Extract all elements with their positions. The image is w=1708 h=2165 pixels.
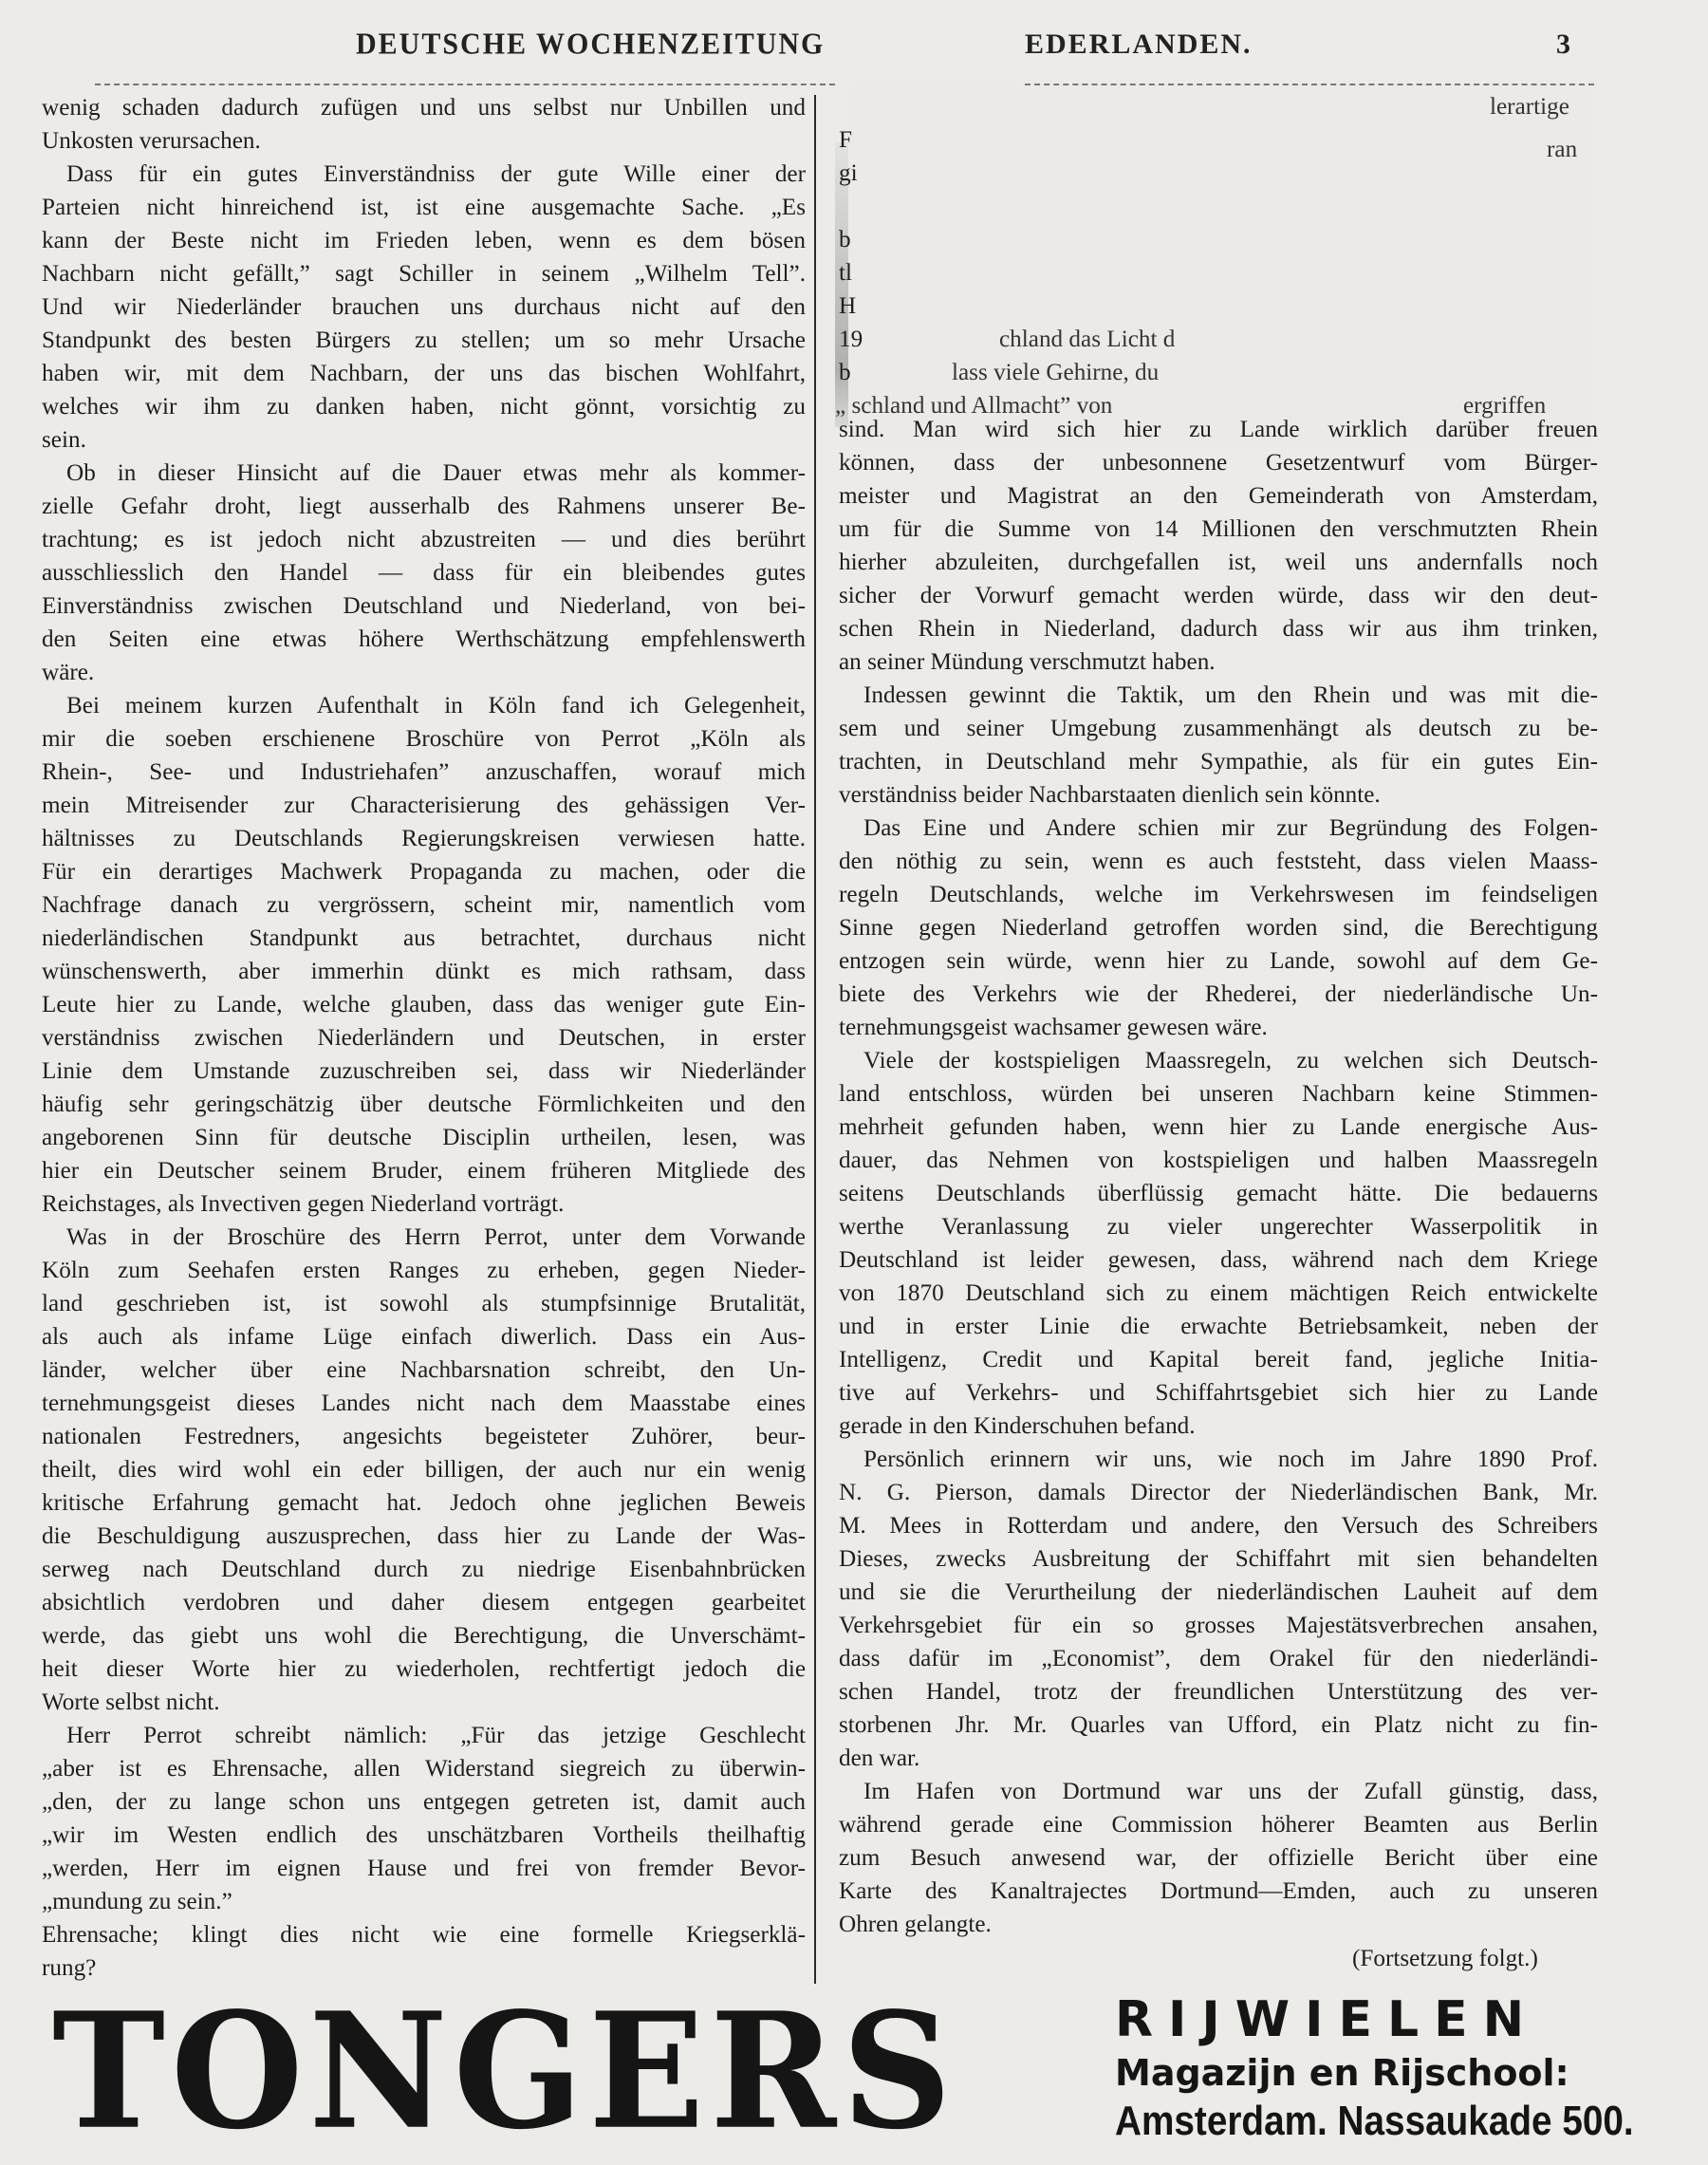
ad-subheadline: Magazijn en Rijschool: [1115,2052,1569,2094]
text-line: werde, das giebt uns wohl die Berechtigu… [42,1619,806,1652]
page-number: 3 [1556,28,1570,61]
text-line: und in erster Linie die erwachte Betrieb… [839,1310,1598,1343]
edge-letter: H [839,289,856,323]
masthead-title-left: DEUTSCHE WOCHENZEITUNG [356,28,825,62]
text-line: hier ein Deutscher seinem Bruder, einem … [42,1154,806,1187]
text-line: kann der Beste nicht im Frieden leben, w… [42,224,806,257]
text-line: wenig schaden dadurch zufügen und uns se… [42,91,806,124]
text-line: Was in der Broschüre des Herrn Perrot, u… [42,1221,806,1254]
text-line: M. Mees in Rotterdam und andere, den Ver… [839,1509,1598,1542]
text-line: schen Handel, trotz der freundlichen Unt… [839,1675,1598,1708]
newspaper-page: DEUTSCHE WOCHENZEITUNG EDERLANDEN. 3 wen… [0,0,1708,2165]
text-line: an seiner Mündung verschmutzt haben. [839,645,1598,679]
text-line: Das Eine und Andere schien mir zur Begrü… [839,812,1598,845]
text-line: nationalen Festredners, angesichts begei… [42,1420,806,1453]
text-line: Dass für ein gutes Einverständniss der g… [42,158,806,191]
text-line: Ob in dieser Hinsicht auf die Dauer etwa… [42,457,806,490]
text-line: ternehmungsgeist dieses Landes nicht nac… [42,1387,806,1420]
text-line: um für die Summe von 14 Millionen den ve… [839,513,1598,546]
edge-letter: F [839,123,852,157]
text-line: „wir im Westen endlich des unschätzbaren… [42,1819,806,1852]
text-line: sicher der Vorwurf gemacht werden würde,… [839,579,1598,612]
text-line: mir die soeben erschienene Broschüre von… [42,722,806,756]
edge-letter: tl [839,256,852,289]
text-line: mein Mitreisender zur Characterisierung … [42,789,806,822]
text-line: entzogen sein würde, wenn hier zu Lande,… [839,944,1598,978]
text-line: den war. [839,1742,1598,1775]
text-line: während gerade eine Commission höherer B… [839,1808,1598,1841]
text-line: gerade in den Kinderschuhen befand. [839,1409,1598,1443]
text-line: Verkehrsgebiet für ein so grosses Majest… [839,1609,1598,1642]
column-divider [814,95,816,1984]
text-line: Nachbarn nicht gefällt,” sagt Schiller i… [42,257,806,290]
text-line: Sinne gegen Niederland getroffen worden … [839,911,1598,944]
text-line: Nachfrage danach zu vergrössern, scheint… [42,888,806,922]
text-line: dauer, das Nehmen von kostspieligen und … [839,1144,1598,1177]
text-line: biete des Verkehrs wie der Rhederei, der… [839,978,1598,1011]
text-line: meister und Magistrat an den Gemeinderat… [839,479,1598,513]
edge-letter: b [839,223,851,256]
advertisement-banner: TONGERS RIJWIELEN Magazijn en Rijschool:… [0,1984,1708,2165]
text-line: können, dass der unbesonnene Gesetzentwu… [839,446,1598,479]
text-line: „mundung zu sein.” [42,1885,806,1918]
text-line: wäre. [42,656,806,689]
text-line: Ohren gelangte. [839,1908,1598,1941]
text-line: heit dieser Worte hier zu wiederholen, r… [42,1652,806,1686]
text-line: dass dafür im „Economist”, dem Orakel fü… [839,1642,1598,1675]
text-line: Linie dem Umstande zuzuschreiben sei, da… [42,1055,806,1088]
text-line: haben wir, mit dem Nachbarn, der uns das… [42,357,806,390]
text-line: land geschrieben ist, ist sowohl als stu… [42,1287,806,1320]
text-line: Unkosten verursachen. [42,124,806,158]
text-line: absichtlich verdobren und daher diesem e… [42,1586,806,1619]
text-line: häufig sehr geringschätzig über deutsche… [42,1088,806,1121]
ad-brand-name: TONGERS [52,1991,957,2151]
text-line: „aber ist es Ehrensache, allen Widerstan… [42,1752,806,1785]
text-line: trachten, in Deutschland mehr Sympathie,… [839,745,1598,778]
text-line: Dieses, zwecks Ausbreitung der Schiffahr… [839,1542,1598,1576]
text-line: tive auf Verkehrs- und Schiffahrtsgebiet… [839,1376,1598,1409]
text-line: niederländischen Standpunkt aus betracht… [42,922,806,955]
text-line: sein. [42,423,806,457]
text-line: wünschenswerth, aber immerhin dünkt es m… [42,955,806,988]
text-line: den Seiten eine etwas höhere Werthschätz… [42,623,806,656]
damaged-fragment: lerartige [1490,90,1569,123]
text-line: seitens Deutschlands überflüssig gemacht… [839,1177,1598,1210]
text-line: den nöthig zu sein, wenn es auch festste… [839,845,1598,878]
edge-letter: gi [839,157,858,190]
text-line: storbenen Jhr. Mr. Quarles van Ufford, e… [839,1708,1598,1742]
text-line: Indessen gewinnt die Taktik, um den Rhei… [839,679,1598,712]
text-line: Köln zum Seehafen ersten Ranges zu erheb… [42,1254,806,1287]
text-line: zielle Gefahr droht, liegt ausserhalb de… [42,490,806,523]
text-line: von 1870 Deutschland sich zu einem mächt… [839,1277,1598,1310]
text-line: Persönlich erinnern wir uns, wie noch im… [839,1443,1598,1476]
text-line: zum Besuch anwesend war, der offizielle … [839,1841,1598,1875]
text-line: Deutschland ist leider gewesen, dass, wä… [839,1243,1598,1277]
damaged-fragment: chland das Licht d [999,323,1175,356]
text-line: „den, der zu lange schon uns entgegen ge… [42,1785,806,1819]
text-line: kritische Erfahrung gemacht hat. Jedoch … [42,1486,806,1520]
text-line: ausschliesslich den Handel — dass für ei… [42,556,806,589]
text-line: hältnisses zu Deutschlands Regierungskre… [42,822,806,855]
masthead-title-right: EDERLANDEN. [1025,28,1253,61]
text-line: Im Hafen von Dortmund war uns der Zufall… [839,1775,1598,1808]
text-line: trachtung; es ist jedoch nicht abzustrei… [42,523,806,556]
text-line: Parteien nicht hinreichend ist, ist eine… [42,191,806,224]
edge-letter: 19 [839,323,863,356]
text-line: länder, welcher über eine Nachbarsnation… [42,1353,806,1387]
damaged-fragment: lass viele Gehirne, du [952,356,1159,389]
text-line: hierher abzuleiten, durchgefallen ist, w… [839,546,1598,579]
text-line: sem und seiner Umgebung zusammenhängt al… [839,712,1598,745]
text-line: Herr Perrot schreibt nämlich: „Für das j… [42,1719,806,1752]
ad-address: Amsterdam. Nassaukade 500. [1115,2098,1634,2145]
text-line: Viele der kostspieligen Maassregeln, zu … [839,1044,1598,1077]
article-column-left: wenig schaden dadurch zufügen und uns se… [42,91,806,1985]
text-line: Reichstages, als Invectiven gegen Nieder… [42,1187,806,1221]
continued-note: (Fortsetzung folgt.) [1352,1946,1538,1972]
text-line: mehrheit gefunden haben, wenn hier zu La… [839,1110,1598,1144]
text-line: als auch als infame Lüge einfach diwerli… [42,1320,806,1353]
text-line: N. G. Pierson, damals Director der Niede… [839,1476,1598,1509]
text-line: schen Rhein in Niederland, dadurch dass … [839,612,1598,645]
text-line: Intelligenz, Credit und Kapital bereit f… [839,1343,1598,1376]
text-line: welches wir ihm zu danken haben, nicht g… [42,390,806,423]
page-header: DEUTSCHE WOCHENZEITUNG EDERLANDEN. 3 [0,19,1708,76]
text-line: Und wir Niederländer brauchen uns durcha… [42,290,806,324]
text-line: und sie die Verurtheilung der niederländ… [839,1576,1598,1609]
text-line: Einverständniss zwischen Deutschland und… [42,589,806,623]
text-line: Für ein derartiges Machwerk Propaganda z… [42,855,806,888]
text-line: die Beschuldigung auszusprechen, dass hi… [42,1520,806,1553]
ad-headline: RIJWIELEN [1115,1991,1539,2048]
text-line: serweg nach Deutschland durch zu niedrig… [42,1553,806,1586]
text-line: ternehmungsgeist wachsamer gewesen wäre. [839,1011,1598,1044]
text-line: „werden, Herr im eignen Hause und frei v… [42,1852,806,1885]
text-line: verständniss beider Nachbarstaaten dienl… [839,778,1598,812]
edge-letter: b [839,356,851,389]
article-column-right: sind. Man wird sich hier zu Lande wirkli… [839,413,1598,1941]
text-line: Karte des Kanaltrajectes Dortmund—Emden,… [839,1875,1598,1908]
text-line: Rhein-, See- und Industriehafen” anzusch… [42,756,806,789]
text-line: Standpunkt des besten Bürgers zu stellen… [42,324,806,357]
text-line: Leute hier zu Lande, welche glauben, das… [42,988,806,1021]
text-line: Worte selbst nicht. [42,1686,806,1719]
text-line: land entschloss, würden bei unseren Nach… [839,1077,1598,1110]
text-line: sind. Man wird sich hier zu Lande wirkli… [839,413,1598,446]
damaged-fragment: ran [1547,133,1577,166]
text-line: regeln Deutschlands, welche im Verkehrsw… [839,878,1598,911]
text-line: angeborenen Sinn für deutsche Disciplin … [42,1121,806,1154]
text-line: Ehrensache; klingt dies nicht wie eine f… [42,1918,806,1951]
text-line: theilt, dies wird wohl ein eder billigen… [42,1453,806,1486]
text-line: verständniss zwischen Niederländern und … [42,1021,806,1055]
text-line: werthe Veranlassung zu vieler ungerechte… [839,1210,1598,1243]
header-rule-left [95,84,835,85]
text-line: Bei meinem kurzen Aufenthalt in Köln fan… [42,689,806,722]
